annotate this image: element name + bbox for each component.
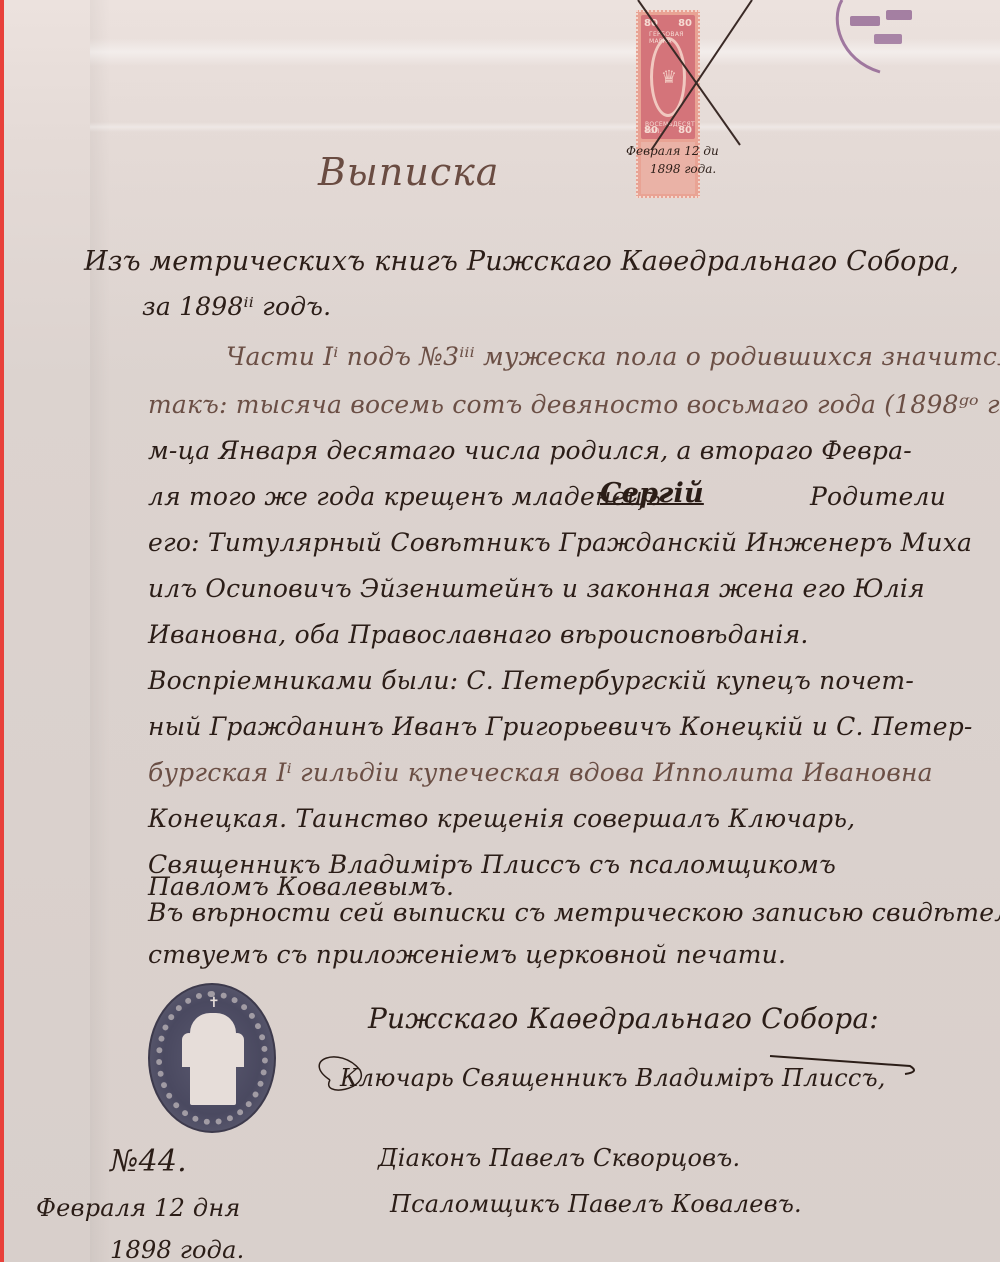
- cancel-cross-icon: [600, 0, 780, 150]
- body-line-12: бургская Iⁱ гильдіи купеческая вдова Ипп…: [148, 758, 933, 787]
- register-number: №44.: [110, 1144, 187, 1179]
- body-line-11: ный Гражданинъ Иванъ Григорьевичъ Конецк…: [148, 712, 973, 741]
- body-line-10: Воспріемниками были: С. Петербургскій ку…: [148, 666, 914, 695]
- seal-dome-right: [230, 1033, 244, 1067]
- deacon-signature: Діаконъ Павелъ Скворцовъ.: [378, 1144, 740, 1172]
- klyuchar-signature: Ключарь Священникъ Владимiръ Плиссъ,: [340, 1064, 886, 1092]
- child-name: Сергій: [600, 478, 704, 509]
- body-line-9: Ивановна, оба Православнаго вѣроисповѣда…: [148, 620, 809, 649]
- signature-heading: Рижскаго Каѳедральнаго Собора:: [368, 1002, 879, 1035]
- glass-glare-2: [90, 122, 1000, 132]
- body-line-15: Павломъ Ковалевымъ.: [148, 872, 454, 901]
- body-line-4: такъ: тысяча восемь сотъ девяносто восьм…: [148, 390, 1000, 419]
- orthodox-cross-icon: ✝: [208, 995, 220, 1011]
- body-line-16: Въ вѣрности сей выписки съ метрическою з…: [148, 898, 1000, 927]
- issue-year: 1898 года.: [110, 1236, 244, 1262]
- body-line-17: ствуемъ съ приложеніемъ церковной печати…: [148, 940, 786, 969]
- body-line-8: илъ Осиповичъ Эйзенштейнъ и законная жен…: [148, 574, 925, 603]
- issue-date: Февраля 12 дня: [36, 1194, 240, 1222]
- body-line-3: Части Iⁱ подъ №3ⁱⁱⁱ мужеска пола о родив…: [226, 342, 1000, 371]
- body-line-1: Изъ метрическихъ книгъ Рижскаго Каѳедрал…: [84, 246, 959, 277]
- body-line-6: ля того же года крещенъ младенецъ: [148, 482, 661, 511]
- body-line-5: м-ца Января десятаго числа родился, а вт…: [148, 436, 912, 465]
- psalmist-signature: Псаломщикъ Павелъ Ковалевъ.: [390, 1190, 802, 1218]
- document-title: Выписка: [318, 150, 499, 194]
- church-seal: ✝: [148, 983, 276, 1133]
- stamp-cancel-date-2: 1898 года.: [650, 162, 716, 176]
- body-line-2: за 1898ⁱⁱ годъ.: [142, 292, 331, 321]
- postmark-icon: [830, 0, 950, 80]
- body-line-6b: Родители: [810, 482, 946, 511]
- body-line-13: Конецкая. Таинство крещенія совершалъ Кл…: [148, 804, 855, 833]
- body-line-7: его: Титулярный Совѣтникъ Гражданскій Ин…: [148, 528, 972, 557]
